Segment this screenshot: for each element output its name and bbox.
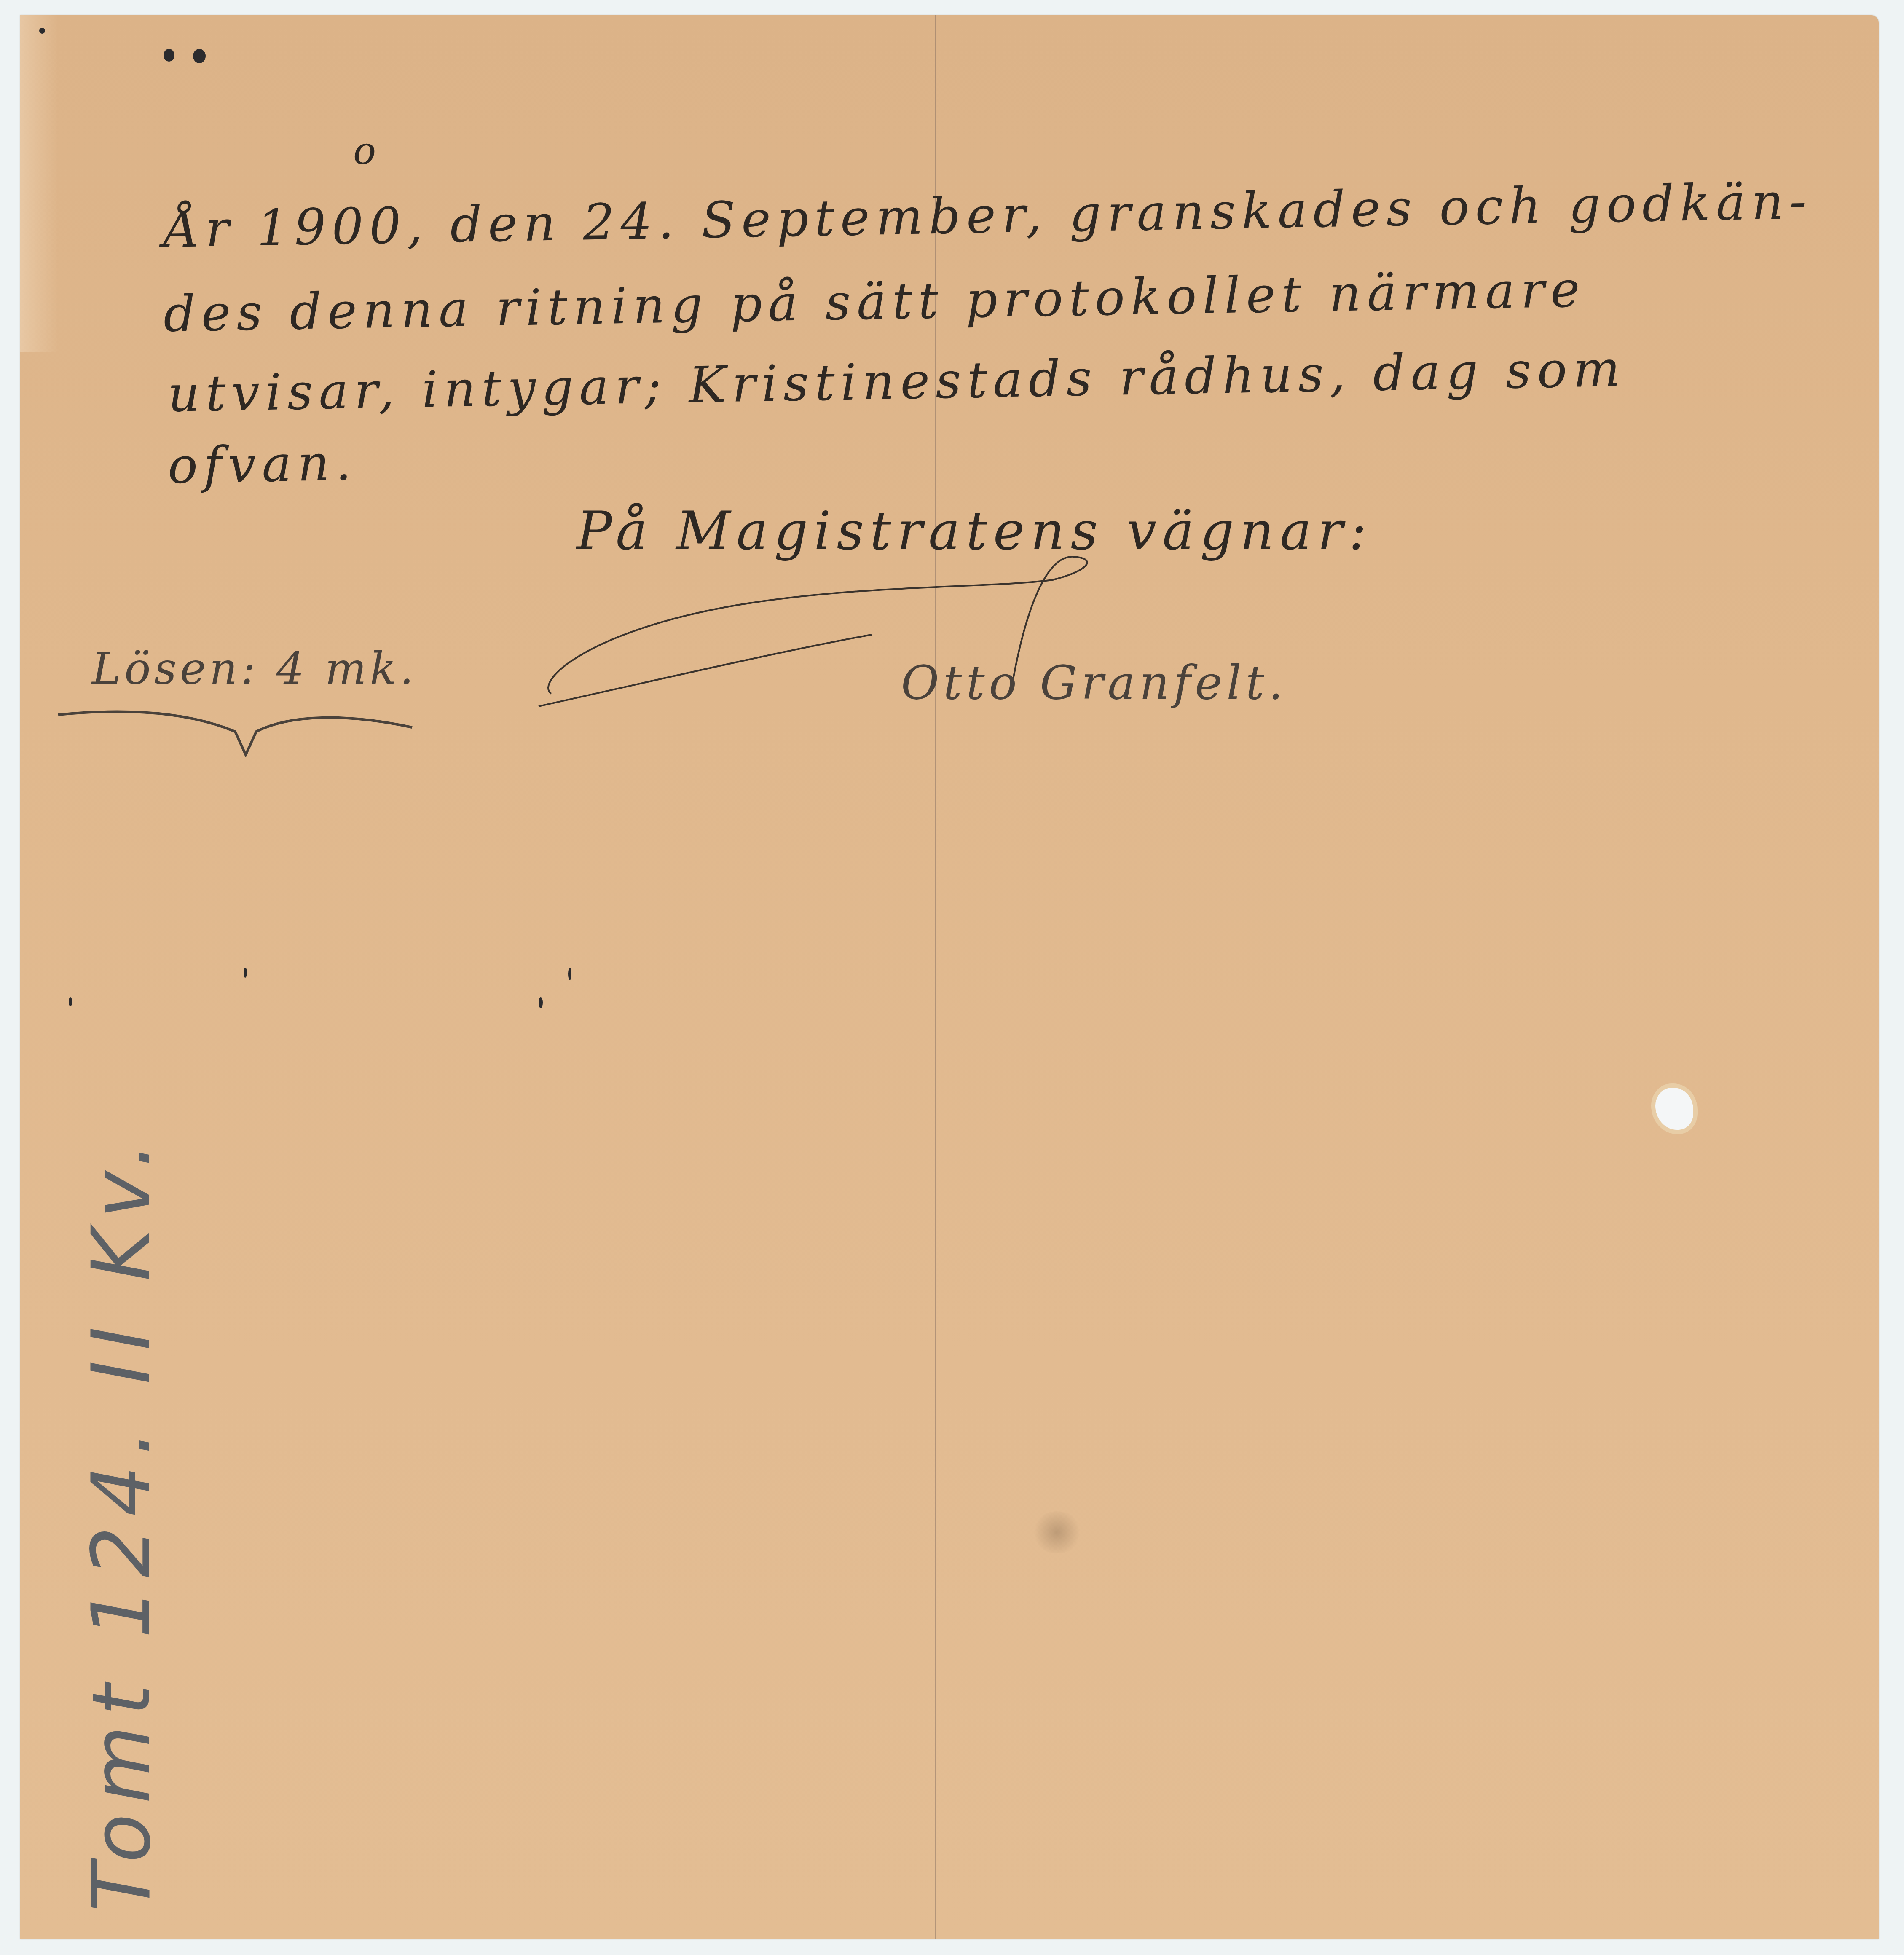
paper-stain: [1032, 1511, 1082, 1553]
ink-spot: [539, 997, 543, 1008]
body-line-3: utvisar, intygar; Kristinestads rådhus, …: [167, 340, 1627, 423]
closing-phrase: På Magistratens vägnar:: [577, 500, 1373, 562]
body-line-1: År 1900, den 24. September, granskades o…: [163, 172, 1813, 259]
paper-hole: [1655, 1088, 1693, 1130]
ink-spot: [39, 28, 45, 34]
ink-spot: [164, 49, 174, 62]
body-line-2: des denna ritning på sätt protokollet nä…: [163, 260, 1586, 343]
ink-spot: [244, 968, 247, 978]
signature: Otto Granfelt.: [901, 656, 1287, 710]
document-page: o År 1900, den 24. September, granskades…: [20, 15, 1879, 1939]
ink-spot: [193, 49, 206, 63]
body-line-4: ofvan.: [167, 433, 358, 495]
ink-spot: [69, 997, 72, 1006]
ink-spot: [568, 968, 571, 980]
ring-diacritic: o: [353, 129, 382, 173]
fee-note: Lösen: 4 mk.: [92, 643, 417, 695]
pencil-margin-note: Tomt 124. II Kv.: [75, 1132, 168, 1912]
fee-underline-brace: [58, 706, 437, 757]
